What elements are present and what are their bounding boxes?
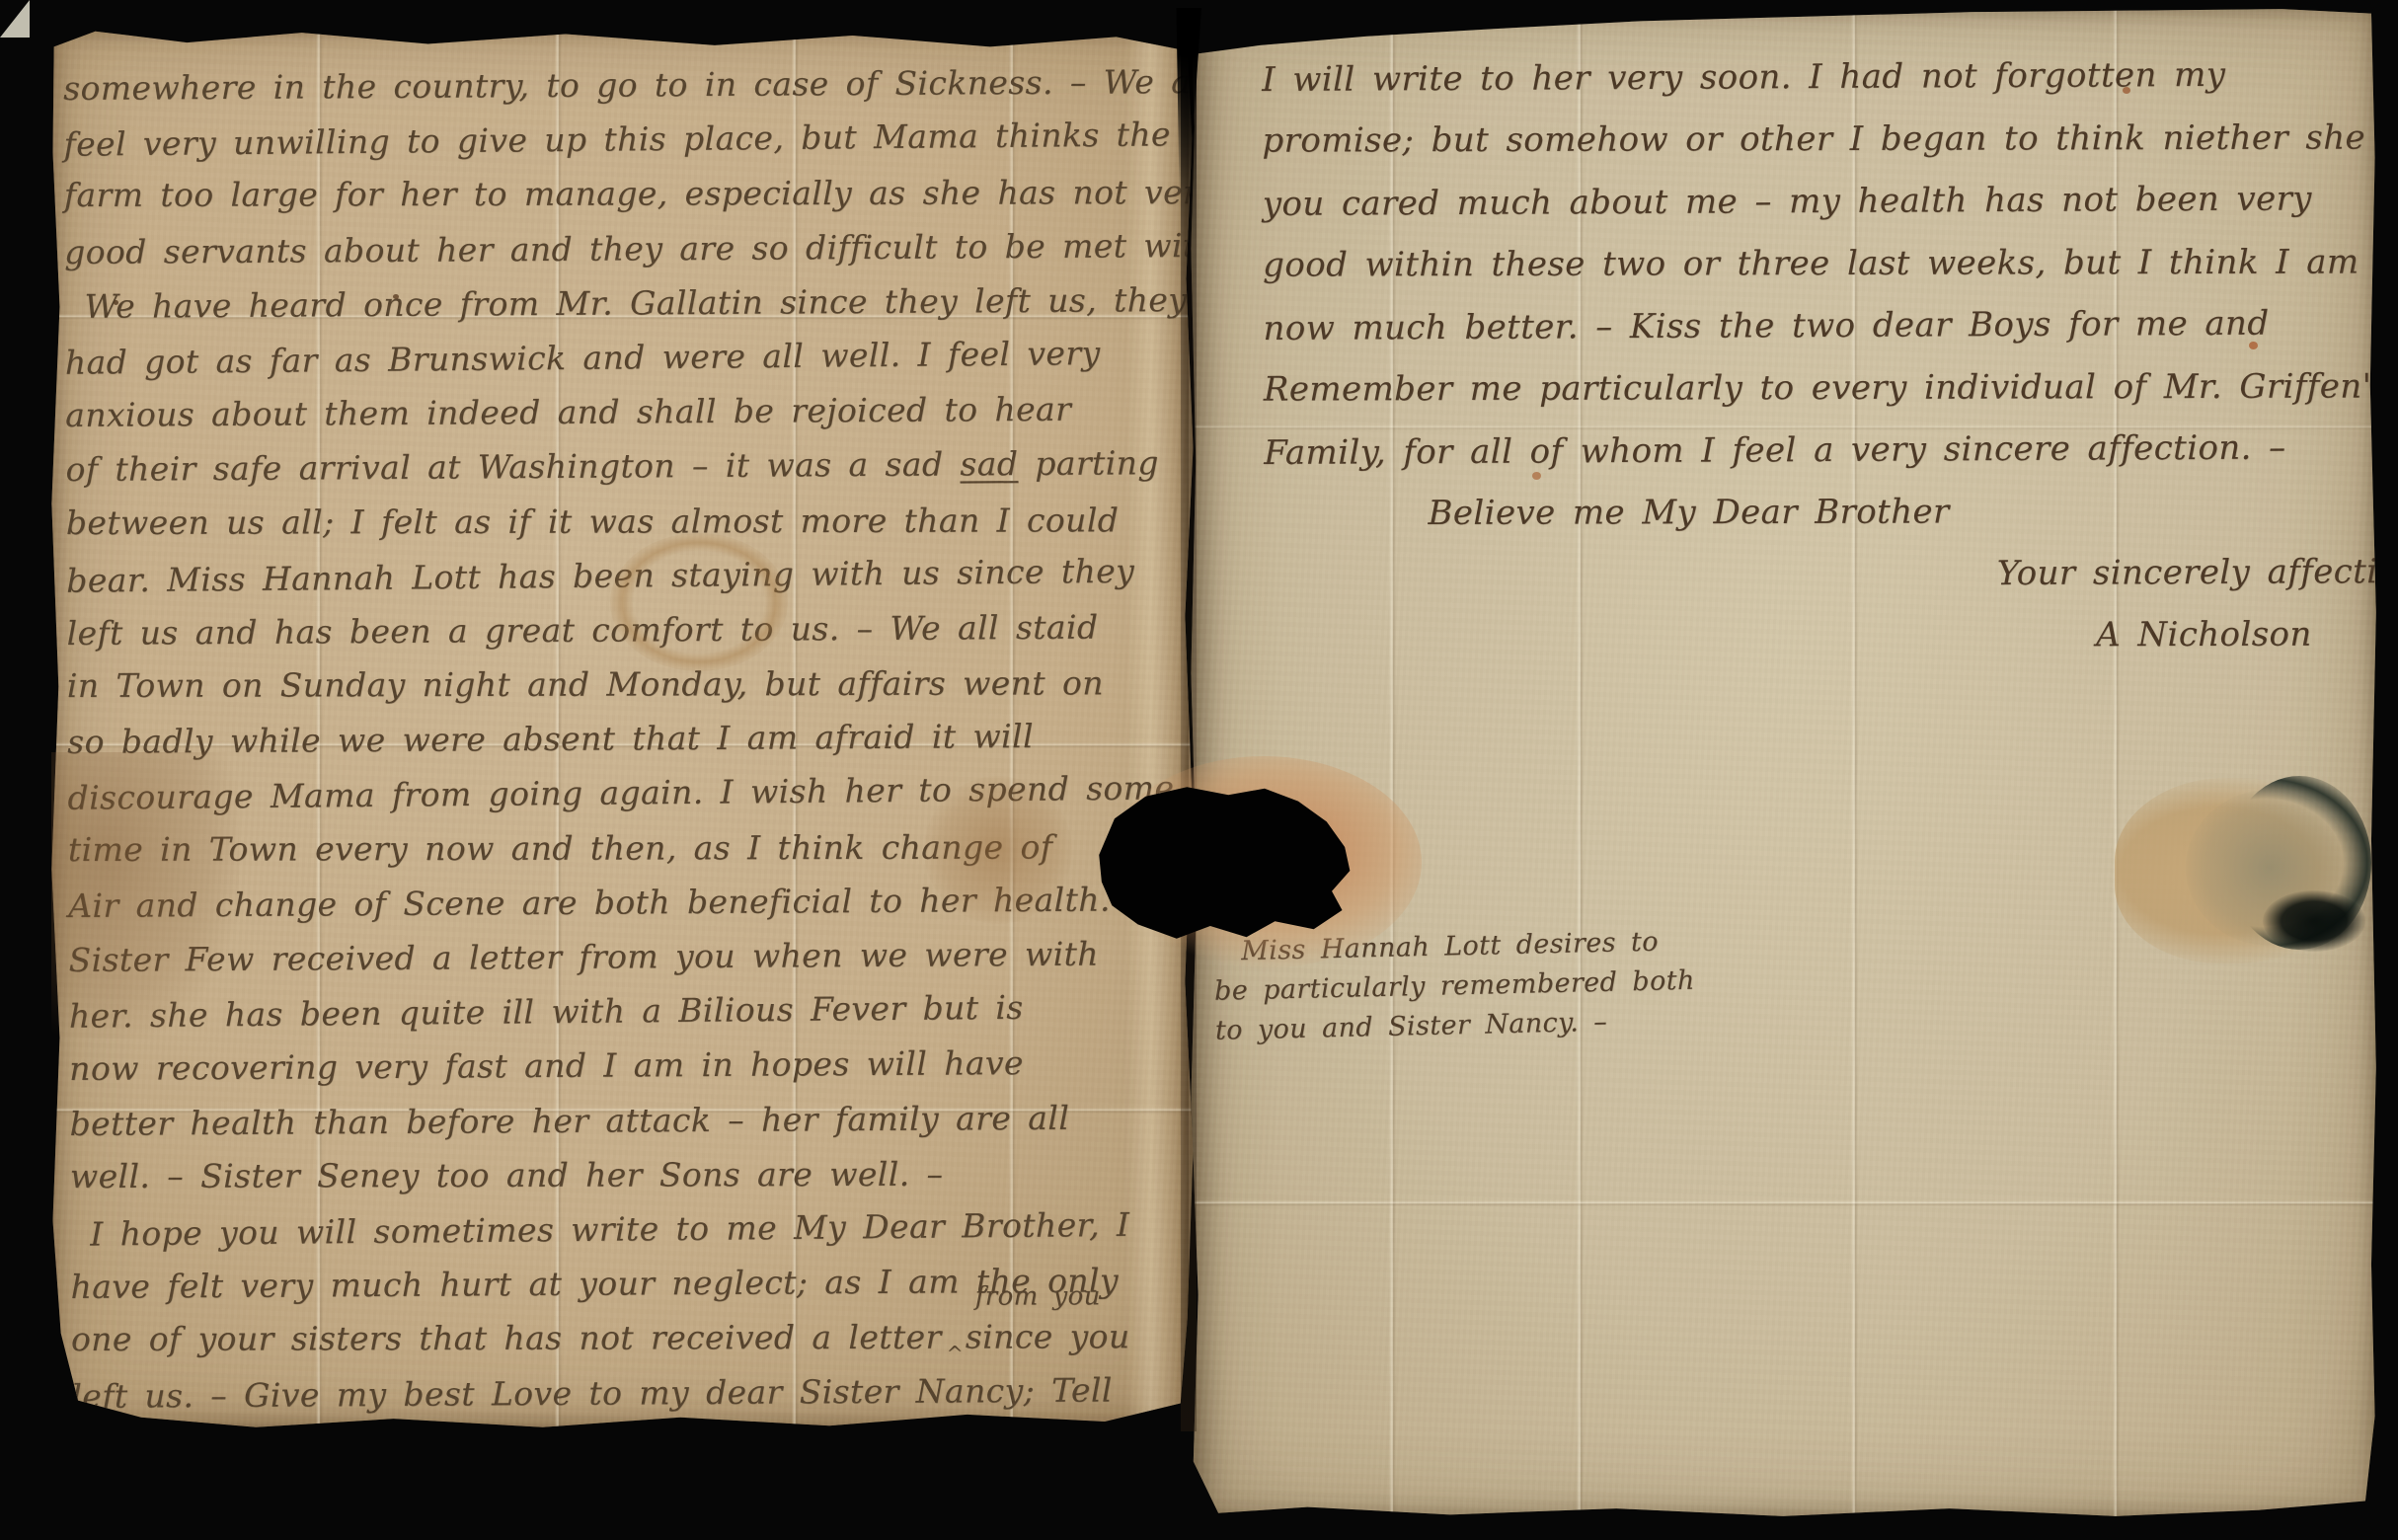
fold-crease [1189,1200,2377,1206]
letter-line: in Town on Sunday night and Monday, but … [67,655,1163,713]
line-text: since you [966,1318,1130,1356]
letter-line: of their safe arrival at Washington – it… [65,436,1161,498]
closing-line: Believe me My Dear Brother [1428,480,2369,545]
letter-line: Sister Few received a letter from you wh… [68,926,1164,987]
letter-line: her. she has been quite ill with a Bilio… [69,979,1165,1043]
right-page: I will write to her very soon. I had not… [1189,6,2377,1522]
letter-line: I hope you will sometimes write to me My… [90,1196,1166,1261]
letter-line: time in Town every now and then, as I th… [68,819,1164,877]
letter-line: had got as far as Brunswick and were all… [65,325,1161,389]
line-text: one of your sisters that has not receive… [71,1318,942,1358]
underlined-word: sad [960,444,1018,483]
left-page: somewhere in the country, to go to in ca… [49,26,1197,1431]
letter-line: discourage Mama from going again. I wish… [67,761,1163,825]
line-text: of their safe arrival at Washington – it… [65,445,960,490]
letter-line: promise; but somehow or other I began to… [1262,108,2367,173]
letter-line: I will write to her very soon. I had not… [1262,43,2367,112]
letter-line: left us and has been a great comfort to … [66,599,1162,660]
letter-line: Remember me particularly to every indivi… [1264,355,2369,421]
letter-line: left us. – Give my best Love to my dear … [71,1362,1167,1424]
letter-line: now recovering very fast and I am in hop… [69,1036,1165,1097]
corner-fold [0,0,30,38]
letter-line: We have heard once from Mr. Gallatin sin… [84,272,1160,334]
interline-insertion: from yousince you [966,1310,1130,1365]
letter-line: feel very unwilling to give up this plac… [63,108,1159,172]
letter-line: now much better. – Kiss the two dear Boy… [1263,292,2368,360]
letter-line: Air and change of Scene are both benefic… [68,872,1164,933]
letter-line: anxious about them indeed and shall be r… [65,381,1161,442]
letter-line: bear. Miss Hannah Lott has been staying … [66,543,1162,607]
line-text: parting [1018,444,1159,484]
signature: A Nicholson [2096,603,2370,666]
letter-line: good within these two or three last week… [1263,232,2368,297]
letter-line: so badly while we were absent that I am … [67,708,1163,769]
insertion-caret: ^ [947,1327,964,1381]
right-page-text: I will write to her very soon. I had not… [1262,43,2370,671]
letter-line: farm too large for her to manage, especi… [64,166,1160,223]
postscript-note: Miss Hannah Lott desires to be particula… [1213,919,1809,1051]
letter-line: better health than before her attack – h… [69,1090,1165,1151]
letter-line: between us all; I felt as if it was almo… [66,493,1162,550]
left-page-text: somewhere in the country, to go to in ca… [63,54,1167,1423]
letter-line: good servants about her and they are so … [64,218,1160,279]
letter-line: you cared much about me – my health has … [1263,168,2368,236]
letter-line: Family, for all of whom I feel a very si… [1264,417,2369,485]
valediction: Your sincerely affectionate [1997,541,2370,605]
letter-line: one of your sisters that has not receive… [71,1309,1167,1366]
inserted-text-above: from you [975,1284,1101,1310]
letter-scan: { "colors": { "background": "#060606", "… [0,0,2398,1540]
letter-line: well. – Sister Seney too and her Sons ar… [70,1146,1166,1203]
letter-line: somewhere in the country, to go to in ca… [63,54,1159,115]
